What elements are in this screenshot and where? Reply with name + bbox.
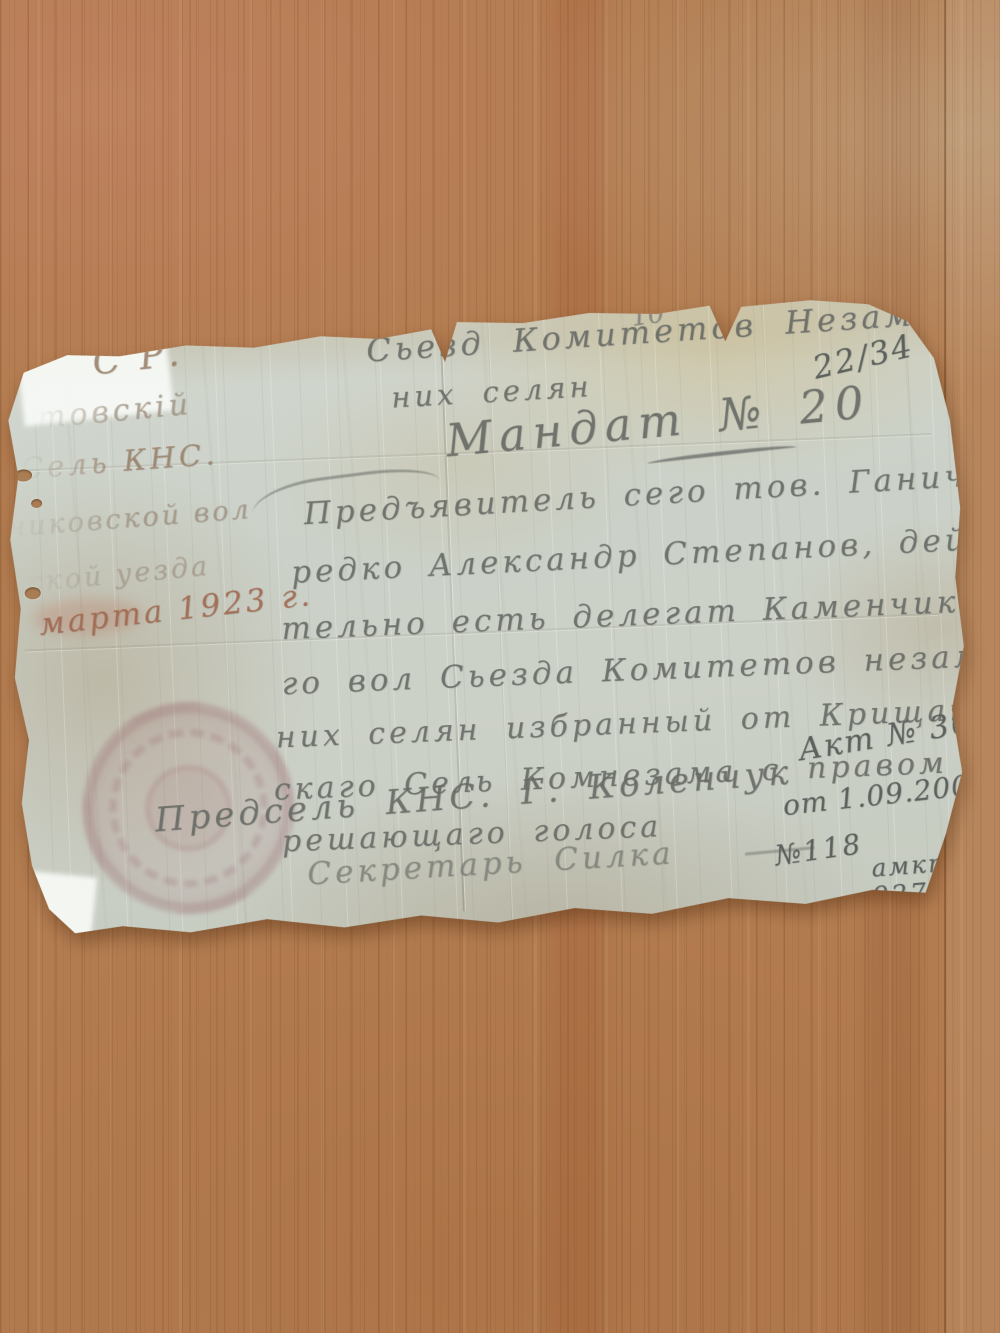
body-line: Предъявитель сего тов. Ганич- bbox=[303, 457, 983, 532]
margin-note: С Р. bbox=[90, 333, 185, 384]
body-line: го вол Сьезда Комитетов незамож- bbox=[281, 635, 1000, 702]
worm-hole bbox=[31, 499, 42, 508]
body-line: тельно есть делегат Каменчиковско- bbox=[281, 579, 1000, 647]
photo-of-document: С Р. товскій Сель КНС. никовской вол ско… bbox=[0, 0, 1000, 1333]
archive-note: амкп bbox=[870, 848, 947, 883]
paper-sheet: С Р. товскій Сель КНС. никовской вол ско… bbox=[0, 282, 979, 948]
archive-note: 9271 bbox=[872, 876, 950, 911]
margin-note: Сель КНС. bbox=[19, 437, 219, 486]
document-paper: С Р. товскій Сель КНС. никовской вол ско… bbox=[0, 282, 979, 948]
margin-note: никовской вол bbox=[6, 494, 253, 543]
body-line: редко Александр Степанов, действи- bbox=[290, 516, 1000, 591]
archive-note: №118 bbox=[773, 827, 865, 872]
torn-edge-patch bbox=[25, 871, 97, 939]
